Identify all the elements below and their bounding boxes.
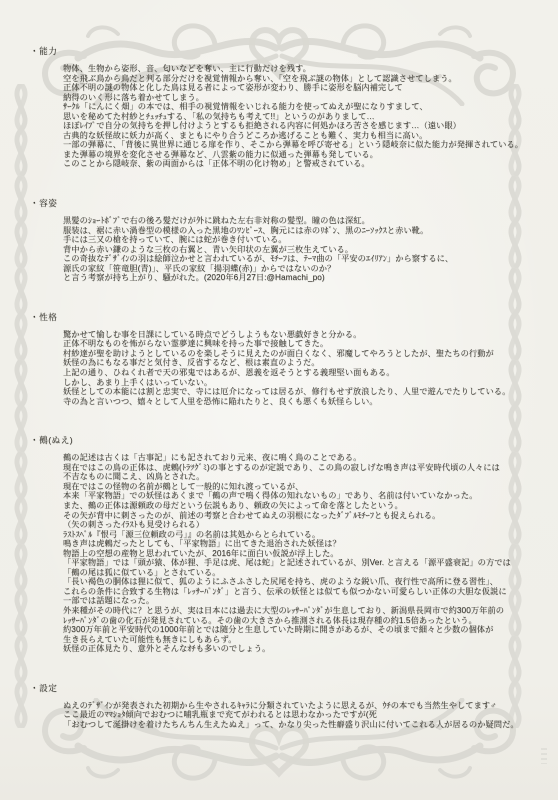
section-text: 黒髪のｼｮｰﾄﾎﾞﾌﾞで右の後ろ髪だけが外に跳ねた左右非対称の髪型。瞳の色は深紅…	[63, 216, 558, 283]
text-line: ﾗｽﾄｽﾍﾟﾙ『恨弓「源三位頼政の弓」』の名前は其処からとられている。	[63, 530, 558, 540]
text-line: ｻｰｸﾙ「にんにく畑」の本では、相手の視覚情報をいじれる能力を使ってぬえが聖にな…	[63, 102, 558, 112]
text-line: 上記の通り、ひねくれ者で天の邪鬼ではあるが、恩義を返そうとする義理堅い面もある。	[63, 368, 558, 378]
text-line: 妖怪としての本能には割と忠実で、寺には厄介になっては居るが、修行もせず放浪したり…	[63, 387, 558, 397]
text-line: その矢が背中に刺さったのが、前述の考察と合わせてぬえの羽根になったﾀﾞﾌﾞﾙﾓﾁ…	[63, 511, 558, 521]
text-line: しかし、あまり上手くはいっていない。	[63, 378, 558, 388]
text-line: （矢の刺さったｲﾗｽﾄも見受けられる）	[63, 520, 558, 530]
text-line: 「平家物語」では「頭が猿、体が狸、手足は虎、尾は蛇」と記述されているが、別Ver…	[63, 558, 558, 568]
section-title: ・能力	[30, 46, 558, 56]
text-line: 約300万年前と平安時代の1000年前とでは随分と生息していた時期に開きがあるが…	[63, 625, 558, 635]
section-title: ・設定	[30, 683, 558, 693]
text-line: 源氏の家紋「笹竜胆(青)」、平氏の家紋「揚羽蝶(赤)」からではないのか？	[63, 264, 558, 274]
text-line: 納得のいく形に落ち着かせてしまう。	[63, 93, 558, 103]
scanned-document-page: ・能力物体、生物から姿形、音、匂いなどを奪い、主に行動だけを残す。空を飛ぶ鳥から…	[0, 0, 558, 800]
bleed-through-mark	[541, 748, 547, 764]
text-line: 「鵺の尾は狐に似ている」とされている。	[63, 568, 558, 578]
text-line: ﾚｯｻｰﾊﾟﾝﾀﾞの歯の化石が発見されている。その歯の大きさから推測される体長は…	[63, 616, 558, 626]
text-line: 本来「平家物語」での妖怪はあくまで「鵺の声で鳴く得体の知れないもの」であり、名前…	[63, 491, 558, 501]
text-line: 古典的な妖怪故に妖力が高く、まともにやり合うどころか逃げることも難く、実力も相当…	[63, 131, 558, 141]
text-line: 物語上の空想の産物と思われていたが、2016年に面白い仮説が浮上した。	[63, 549, 558, 559]
text-line: 生き長らえていた可能性も無きにしもあらず。	[63, 635, 558, 645]
text-line: 物体、生物から姿形、音、匂いなどを奪い、主に行動だけを残す。	[63, 64, 558, 74]
section: ・容姿黒髪のｼｮｰﾄﾎﾞﾌﾞで右の後ろ髪だけが外に跳ねた左右非対称の髪型。瞳の色…	[0, 198, 558, 283]
text-line: ここ最近のﾏﾏｼｮﾀ傾向でおむつに哺乳瓶まで充てがわれるとは思わなかったですが(…	[63, 710, 558, 720]
text-line: 背中から赤い鎌のような三枚の右翼と、青い矢印状の左翼が三枚生えている。	[63, 245, 558, 255]
section-text: 鵺の記述は古くは「古事記」にも記されており元来、夜に鳴く鳥のことである。現在では…	[63, 453, 558, 653]
section-title: ・鵺(ぬえ)	[30, 435, 558, 445]
section-text: 驚かせて愉しむ事を日課にしている時点でどうしようもない悪戯好きと分かる。正体不明…	[63, 330, 558, 406]
text-line: 黒髪のｼｮｰﾄﾎﾞﾌﾞで右の後ろ髪だけが外に跳ねた左右非対称の髪型。瞳の色は深紅…	[63, 216, 558, 226]
section: ・設定ぬえのﾃﾞｻﾞｲﾝが発表された初期から生やされるｷｬﾗに分類されていたよう…	[0, 683, 558, 730]
text-line: 不吉なものに聞こえ、凶鳥とされた。	[63, 472, 558, 482]
heart-ornament-bottom	[252, 728, 306, 773]
section: ・能力物体、生物から姿形、音、匂いなどを奪い、主に行動だけを残す。空を飛ぶ鳥から…	[0, 46, 558, 169]
text-line: 妖怪の正体見たり、意外とそんなｵﾁも多いのでしょう。	[63, 644, 558, 654]
text-line: 「長い褐色の胴体は狸に似て、狐のようにふさふさした尻尾を持ち、虎のような鋭い爪、…	[63, 577, 558, 587]
text-line: 手には三又の槍を持っていて、腕には蛇が巻き付いている。	[63, 235, 558, 245]
document-body: ・能力物体、生物から姿形、音、匂いなどを奪い、主に行動だけを残す。空を飛ぶ鳥から…	[0, 46, 558, 729]
text-line: と言う考察が持ち上がり、騒がれた。(2020年6月27日:@Hamachi_po…	[63, 273, 558, 283]
text-line: 寺の為と言いつつ、嬉々として人里を恐怖に陥れたりと、良くも悪くも妖怪らしい。	[63, 397, 558, 407]
text-line: ぬえのﾃﾞｻﾞｲﾝが発表された初期から生やされるｷｬﾗに分類されていたように思え…	[63, 701, 558, 711]
section-text: 物体、生物から姿形、音、匂いなどを奪い、主に行動だけを残す。空を飛ぶ鳥から鳥だと…	[63, 64, 558, 169]
section: ・性格驚かせて愉しむ事を日課にしている時点でどうしようもない悪戯好きと分かる。正…	[0, 312, 558, 406]
text-line: 思いを秘めてた村紗とﾁｭｯﾁｭする、「私の気持ちも考えて!!」というのがありまし…	[63, 112, 558, 122]
text-line: 空を飛ぶ鳥から鳥だと判る部分だけを視覚情報から奪い、「空を飛ぶ謎の物体」として認…	[63, 74, 558, 84]
text-line: 一部では話題になった。	[63, 596, 558, 606]
text-line: 正体不明なものを怖がらない霊夢達に興味を持った事で接触してきた。	[63, 339, 558, 349]
text-line: 鵺の記述は古くは「古事記」にも記されており元来、夜に鳴く鳥のことである。	[63, 453, 558, 463]
text-line: 服装は、裾に赤い渦巻型の模様の入った黒地のﾜﾝﾋﾟｰｽ、胸元には赤のﾘﾎﾞﾝ、黒…	[63, 226, 558, 236]
text-line: 妖怪の為にもなる事だと気付き、反省するなど、根は素直のようだ。	[63, 358, 558, 368]
text-line: 鳴き声は虎鶫だったとしても、「平家物語」に出てきた退治された妖怪は？	[63, 539, 558, 549]
text-line: また、鵺の正体は源頼政の母だという伝説もあり、頼政の矢によって命を落としたという…	[63, 501, 558, 511]
section-title: ・容姿	[30, 198, 558, 208]
text-line: このことから隠岐奈、紫の両面からは「正体不明の化け物め」と警戒されている。	[63, 159, 558, 169]
text-line: 現在ではこの怪物の名前が鵺として一般的に知れ渡っているが、	[63, 482, 558, 492]
text-line: 驚かせて愉しむ事を日課にしている時点でどうしようもない悪戯好きと分かる。	[63, 330, 558, 340]
section-title: ・性格	[30, 312, 558, 322]
text-line: 「おむつして涎掛けを着けたちんちん生えたぬえ」って、かなり尖った性癖盛り沢山に付…	[63, 720, 558, 730]
section-text: ぬえのﾃﾞｻﾞｲﾝが発表された初期から生やされるｷｬﾗに分類されていたように思え…	[63, 701, 558, 730]
section: ・鵺(ぬえ)鵺の記述は古くは「古事記」にも記されており元来、夜に鳴く鳥のことであ…	[0, 435, 558, 653]
text-line: これらの条件に合致する生物は「ﾚｯｻｰﾊﾟﾝﾀﾞ」と言う、伝承の妖怪とは似ても似…	[63, 587, 558, 597]
text-line: 正体不明の謎の物体と化した鳥は見る者によって姿形が変わり、勝手に姿形を脳内補完し…	[63, 83, 558, 93]
text-line: この奇抜なﾃﾞｻﾞｲﾝの羽は絵師泣かせと言われているが、ﾓﾁｰﾌは、ﾃｰﾏ曲の「…	[63, 254, 558, 264]
text-line: 外来種がその時代に？と思うが、実は日本には過去に大型のﾚｯｻｰﾊﾟﾝﾀﾞが生息し…	[63, 606, 558, 616]
text-line: 一部の弾幕に、「背後に異世界に通じる扉を作り、そこから弾幕を呼び寄せる」という隠…	[63, 140, 558, 150]
text-line: ほぼﾚｲﾌﾟで自分の気持ちを押し付けようとするも拒絶される内容に何処かほろ苦さを…	[63, 121, 558, 131]
text-line: 現在ではこの鳥の正体は、虎鶫(ﾄﾗﾂｸﾞﾐ)の事とするのが定説であり、この鳥の寂…	[63, 463, 558, 473]
